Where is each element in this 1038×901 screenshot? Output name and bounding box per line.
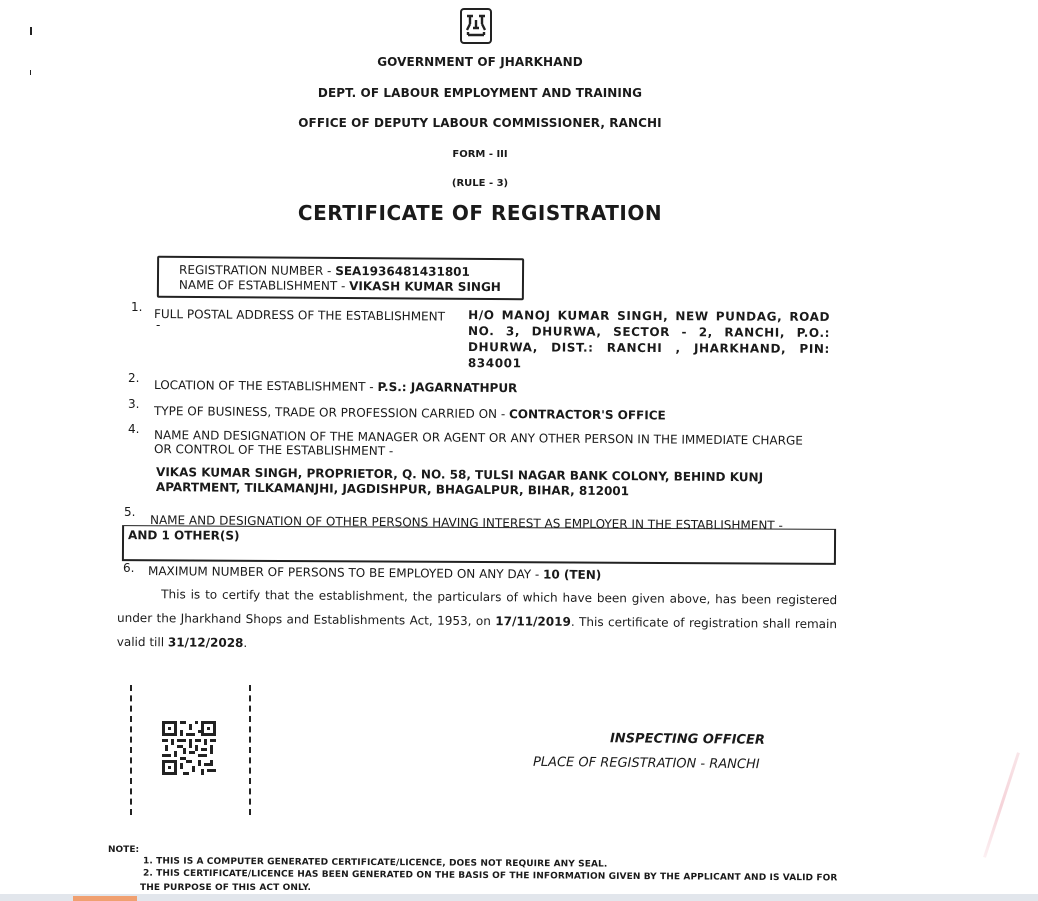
qr-code-icon <box>162 720 216 776</box>
establishment-location: P.S.: JAGARNATHPUR <box>377 380 517 395</box>
rule-number: (RULE - 3) <box>0 178 960 189</box>
scan-mark <box>30 70 31 75</box>
form-number: FORM - III <box>0 149 960 160</box>
registration-number-value: SEA1936481431801 <box>335 264 470 279</box>
registration-box: REGISTRATION NUMBER - SEA1936481431801 N… <box>157 256 524 301</box>
item-6-label: MAXIMUM NUMBER OF PERSONS TO BE EMPLOYED… <box>148 564 543 581</box>
note-item-2: 2. THIS CERTIFICATE/LICENCE HAS BEEN GEN… <box>143 869 837 884</box>
viewer-scrollbar[interactable] <box>0 894 1038 901</box>
scan-mark <box>30 27 32 35</box>
item-3-row: TYPE OF BUSINESS, TRADE OR PROFESSION CA… <box>154 404 666 422</box>
item-6-row: MAXIMUM NUMBER OF PERSONS TO BE EMPLOYED… <box>148 564 601 582</box>
note-item-2-continued: THE PURPOSE OF THIS ACT ONLY. <box>140 883 311 893</box>
registration-date: 17/11/2019 <box>495 614 571 629</box>
certification-paragraph: This is to certify that the establishmen… <box>117 582 838 660</box>
viewer-scrollbar-thumb[interactable] <box>73 896 137 901</box>
max-employees: 10 (TEN) <box>543 567 601 582</box>
item-6-number: 6. <box>123 561 134 575</box>
establishment-name-label: NAME OF ESTABLISHMENT - <box>179 278 349 293</box>
jharkhand-emblem-icon <box>460 8 492 44</box>
other-employers-value: AND 1 OTHER(S) <box>128 528 240 543</box>
government-heading: GOVERNMENT OF JHARKHAND <box>0 55 960 69</box>
certificate-title: CERTIFICATE OF REGISTRATION <box>0 201 960 225</box>
item-4-label-line2: OR CONTROL OF THE ESTABLISHMENT - <box>154 442 393 458</box>
inspecting-officer-label: INSPECTING OFFICER <box>610 731 765 748</box>
office-heading: OFFICE OF DEPUTY LABOUR COMMISSIONER, RA… <box>0 116 960 130</box>
manager-details: VIKAS KUMAR SINGH, PROPRIETOR, Q. NO. 58… <box>156 465 836 501</box>
item-5-number: 5. <box>124 505 135 519</box>
establishment-name: NAME OF ESTABLISHMENT - VIKASH KUMAR SIN… <box>179 278 501 294</box>
establishment-address: H/O MANOJ KUMAR SINGH, NEW PUNDAG, ROAD … <box>468 307 830 373</box>
registration-number-label: REGISTRATION NUMBER - <box>179 263 335 278</box>
item-4-number: 4. <box>128 422 139 436</box>
item-2-label: LOCATION OF THE ESTABLISHMENT - <box>154 378 378 394</box>
other-employers-box: AND 1 OTHER(S) <box>122 525 836 565</box>
scan-artifact <box>983 752 1020 858</box>
item-1-dash: - <box>156 318 160 332</box>
item-2-row: LOCATION OF THE ESTABLISHMENT - P.S.: JA… <box>154 378 517 395</box>
item-3-label: TYPE OF BUSINESS, TRADE OR PROFESSION CA… <box>154 404 509 421</box>
item-3-number: 3. <box>128 397 139 411</box>
business-type: CONTRACTOR'S OFFICE <box>509 407 666 422</box>
department-heading: DEPT. OF LABOUR EMPLOYMENT AND TRAINING <box>0 86 960 100</box>
item-1-label: FULL POSTAL ADDRESS OF THE ESTABLISHMENT <box>154 307 445 324</box>
place-of-registration: PLACE OF REGISTRATION - RANCHI <box>533 755 760 772</box>
note-item-1: 1. THIS IS A COMPUTER GENERATED CERTIFIC… <box>143 856 607 869</box>
qr-left-dashed-line <box>130 685 132 815</box>
registration-number: REGISTRATION NUMBER - SEA1936481431801 <box>179 263 470 279</box>
establishment-name-value: VIKASH KUMAR SINGH <box>349 279 501 294</box>
qr-right-dashed-line <box>249 685 251 815</box>
note-label: NOTE: <box>108 845 139 855</box>
item-2-number: 2. <box>128 371 139 385</box>
certification-text-3: . <box>243 636 247 650</box>
item-1-number: 1. <box>131 300 142 314</box>
valid-till-date: 31/12/2028 <box>168 635 244 650</box>
